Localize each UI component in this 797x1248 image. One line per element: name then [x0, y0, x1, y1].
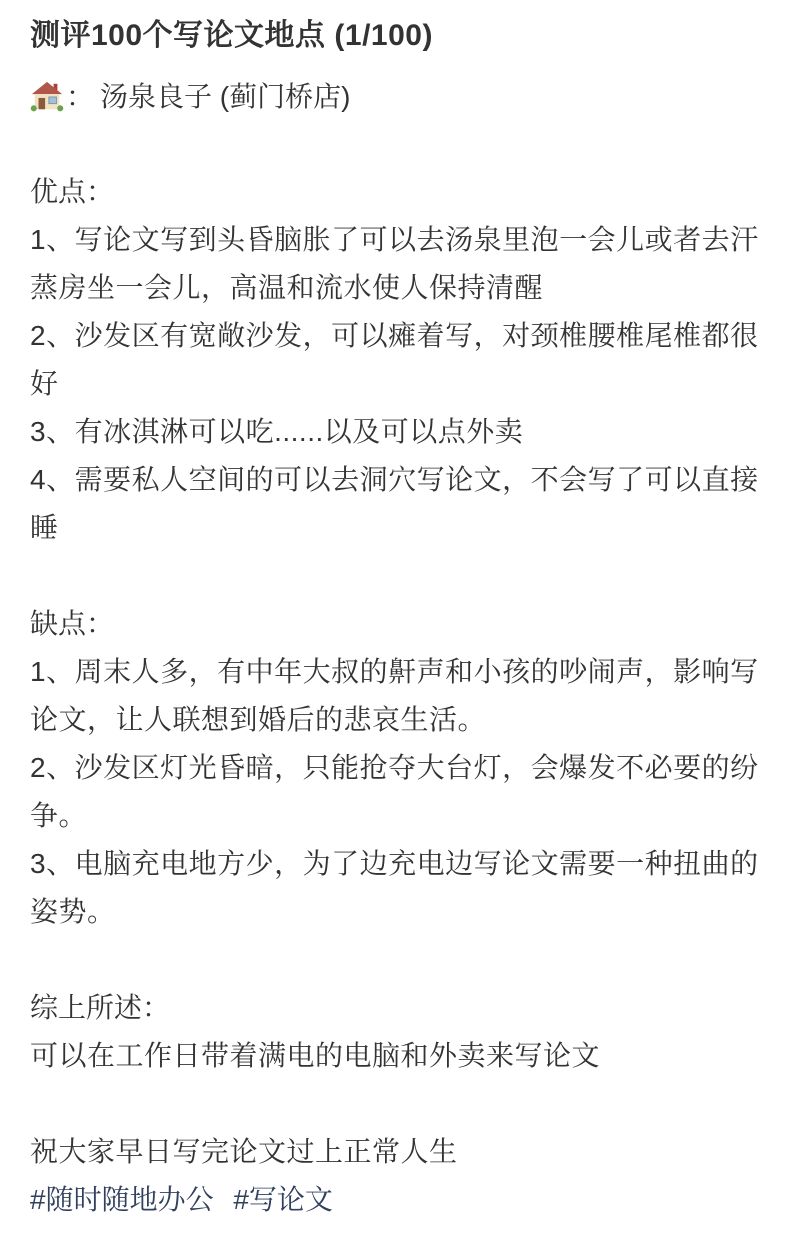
pros-item: 3、有冰淇淋可以吃......以及可以点外卖 — [30, 408, 767, 456]
location-line: ： 汤泉良子 (蓟门桥店) — [30, 74, 767, 120]
pros-item: 4、需要私人空间的可以去洞穴写论文，不会写了可以直接睡 — [30, 456, 767, 552]
hashtag-link[interactable]: #写论文 — [233, 1184, 333, 1215]
cons-heading: 缺点： — [30, 600, 767, 648]
summary-heading: 综上所述： — [30, 984, 767, 1032]
cons-item: 1、周末人多，有中年大叔的鼾声和小孩的吵闹声，影响写论文，让人联想到婚后的悲哀生… — [30, 648, 767, 744]
house-with-garden-icon — [30, 80, 64, 114]
pros-item: 2、沙发区有宽敞沙发，可以瘫着写，对颈椎腰椎尾椎都很好 — [30, 312, 767, 408]
closing-text: 祝大家早日写完论文过上正常人生 — [30, 1128, 767, 1176]
location-separator: ： — [66, 74, 94, 120]
summary-text: 可以在工作日带着满电的电脑和外卖来写论文 — [30, 1032, 767, 1080]
pros-heading: 优点： — [30, 168, 767, 216]
cons-item: 2、沙发区灯光昏暗，只能抢夺大台灯，会爆发不必要的纷争。 — [30, 744, 767, 840]
location-name: 汤泉良子 (蓟门桥店) — [100, 74, 350, 120]
hashtag-link[interactable]: #随时随地办公 — [30, 1184, 214, 1215]
post-content: 测评100个写论文地点 (1/100) ： 汤泉良子 (蓟门桥店) 优点： 1、… — [0, 0, 797, 1248]
cons-item: 3、电脑充电地方少，为了边充电边写论文需要一种扭曲的姿势。 — [30, 840, 767, 936]
pros-item: 1、写论文写到头昏脑胀了可以去汤泉里泡一会儿或者去汗蒸房坐一会儿，高温和流水使人… — [30, 216, 767, 312]
post-title: 测评100个写论文地点 (1/100) — [30, 14, 767, 58]
hashtag-row: #随时随地办公 #写论文 — [30, 1176, 767, 1224]
